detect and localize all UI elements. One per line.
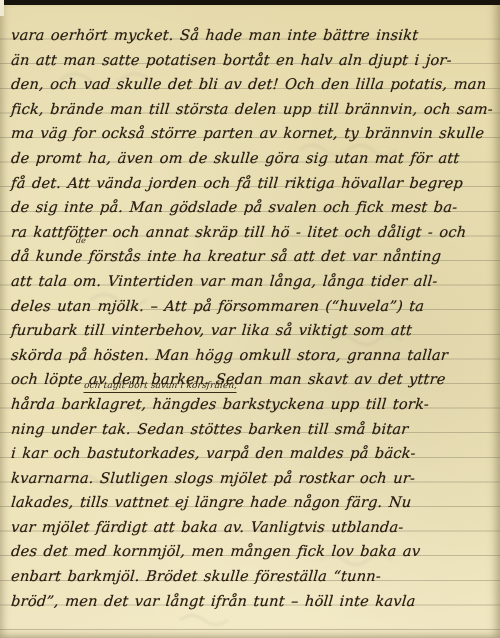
manuscript-line: bröd”, men det var långt ifrån tunt – hö…: [10, 590, 496, 615]
manuscript-line: ning under tak. Sedan stöttes barken til…: [10, 418, 496, 443]
scan-top-edge: [0, 0, 500, 5]
manuscript-line: de sig inte på. Man gödslade på svalen o…: [10, 196, 496, 221]
manuscript-line: lakades, tills vattnet ej längre hade nå…: [10, 491, 496, 516]
manuscript-line: vara oerhört mycket. Så hade man inte bä…: [10, 24, 496, 49]
manuscript-line: skörda på hösten. Man högg omkull stora,…: [10, 344, 496, 369]
manuscript-line: då kunde förstås inte ha kreatur så att …: [10, 245, 496, 270]
manuscript-text: vara oerhört mycket. Så hade man inte bä…: [10, 24, 494, 614]
scan-corner-sliver: [0, 0, 4, 16]
manuscript-line: få det. Att vända jorden och få till rik…: [10, 172, 496, 197]
interlinear-insertion-small: de: [76, 236, 87, 245]
manuscript-line: deles utan mjölk. – Att på försommaren (…: [10, 295, 496, 320]
manuscript-page: vara oerhört mycket. Så hade man inte bä…: [0, 0, 500, 638]
manuscript-line: ma väg for också större parten av kornet…: [10, 122, 496, 147]
manuscript-line: att tala om. Vintertiden var man långa, …: [10, 270, 496, 295]
manuscript-line: den, och vad skulle det bli av det! Och …: [10, 73, 496, 98]
manuscript-line: fick, brände man till största delen upp …: [10, 98, 496, 123]
manuscript-line: i kar och bastutorkades, varpå den malde…: [10, 442, 496, 467]
manuscript-line: de promt ha, även om de skulle göra sig …: [10, 147, 496, 172]
manuscript-line: hårda barklagret, hängdes barkstyckena u…: [10, 393, 496, 418]
manuscript-line: var mjölet färdigt att baka av. Vanligtv…: [10, 516, 496, 541]
manuscript-line: än att man satte potatisen bortåt en hal…: [10, 49, 496, 74]
manuscript-line: enbart barkmjöl. Brödet skulle föreställ…: [10, 565, 496, 590]
interlinear-insertion-underlined: och tagit bort savan i körsfrålen,: [83, 381, 237, 393]
manuscript-line: kvarnarna. Slutligen slogs mjölet på ros…: [10, 467, 496, 492]
manuscript-line: des det med kornmjöl, men mången fick lo…: [10, 540, 496, 565]
manuscript-line: furubark till vinterbehov, var lika så v…: [10, 319, 496, 344]
